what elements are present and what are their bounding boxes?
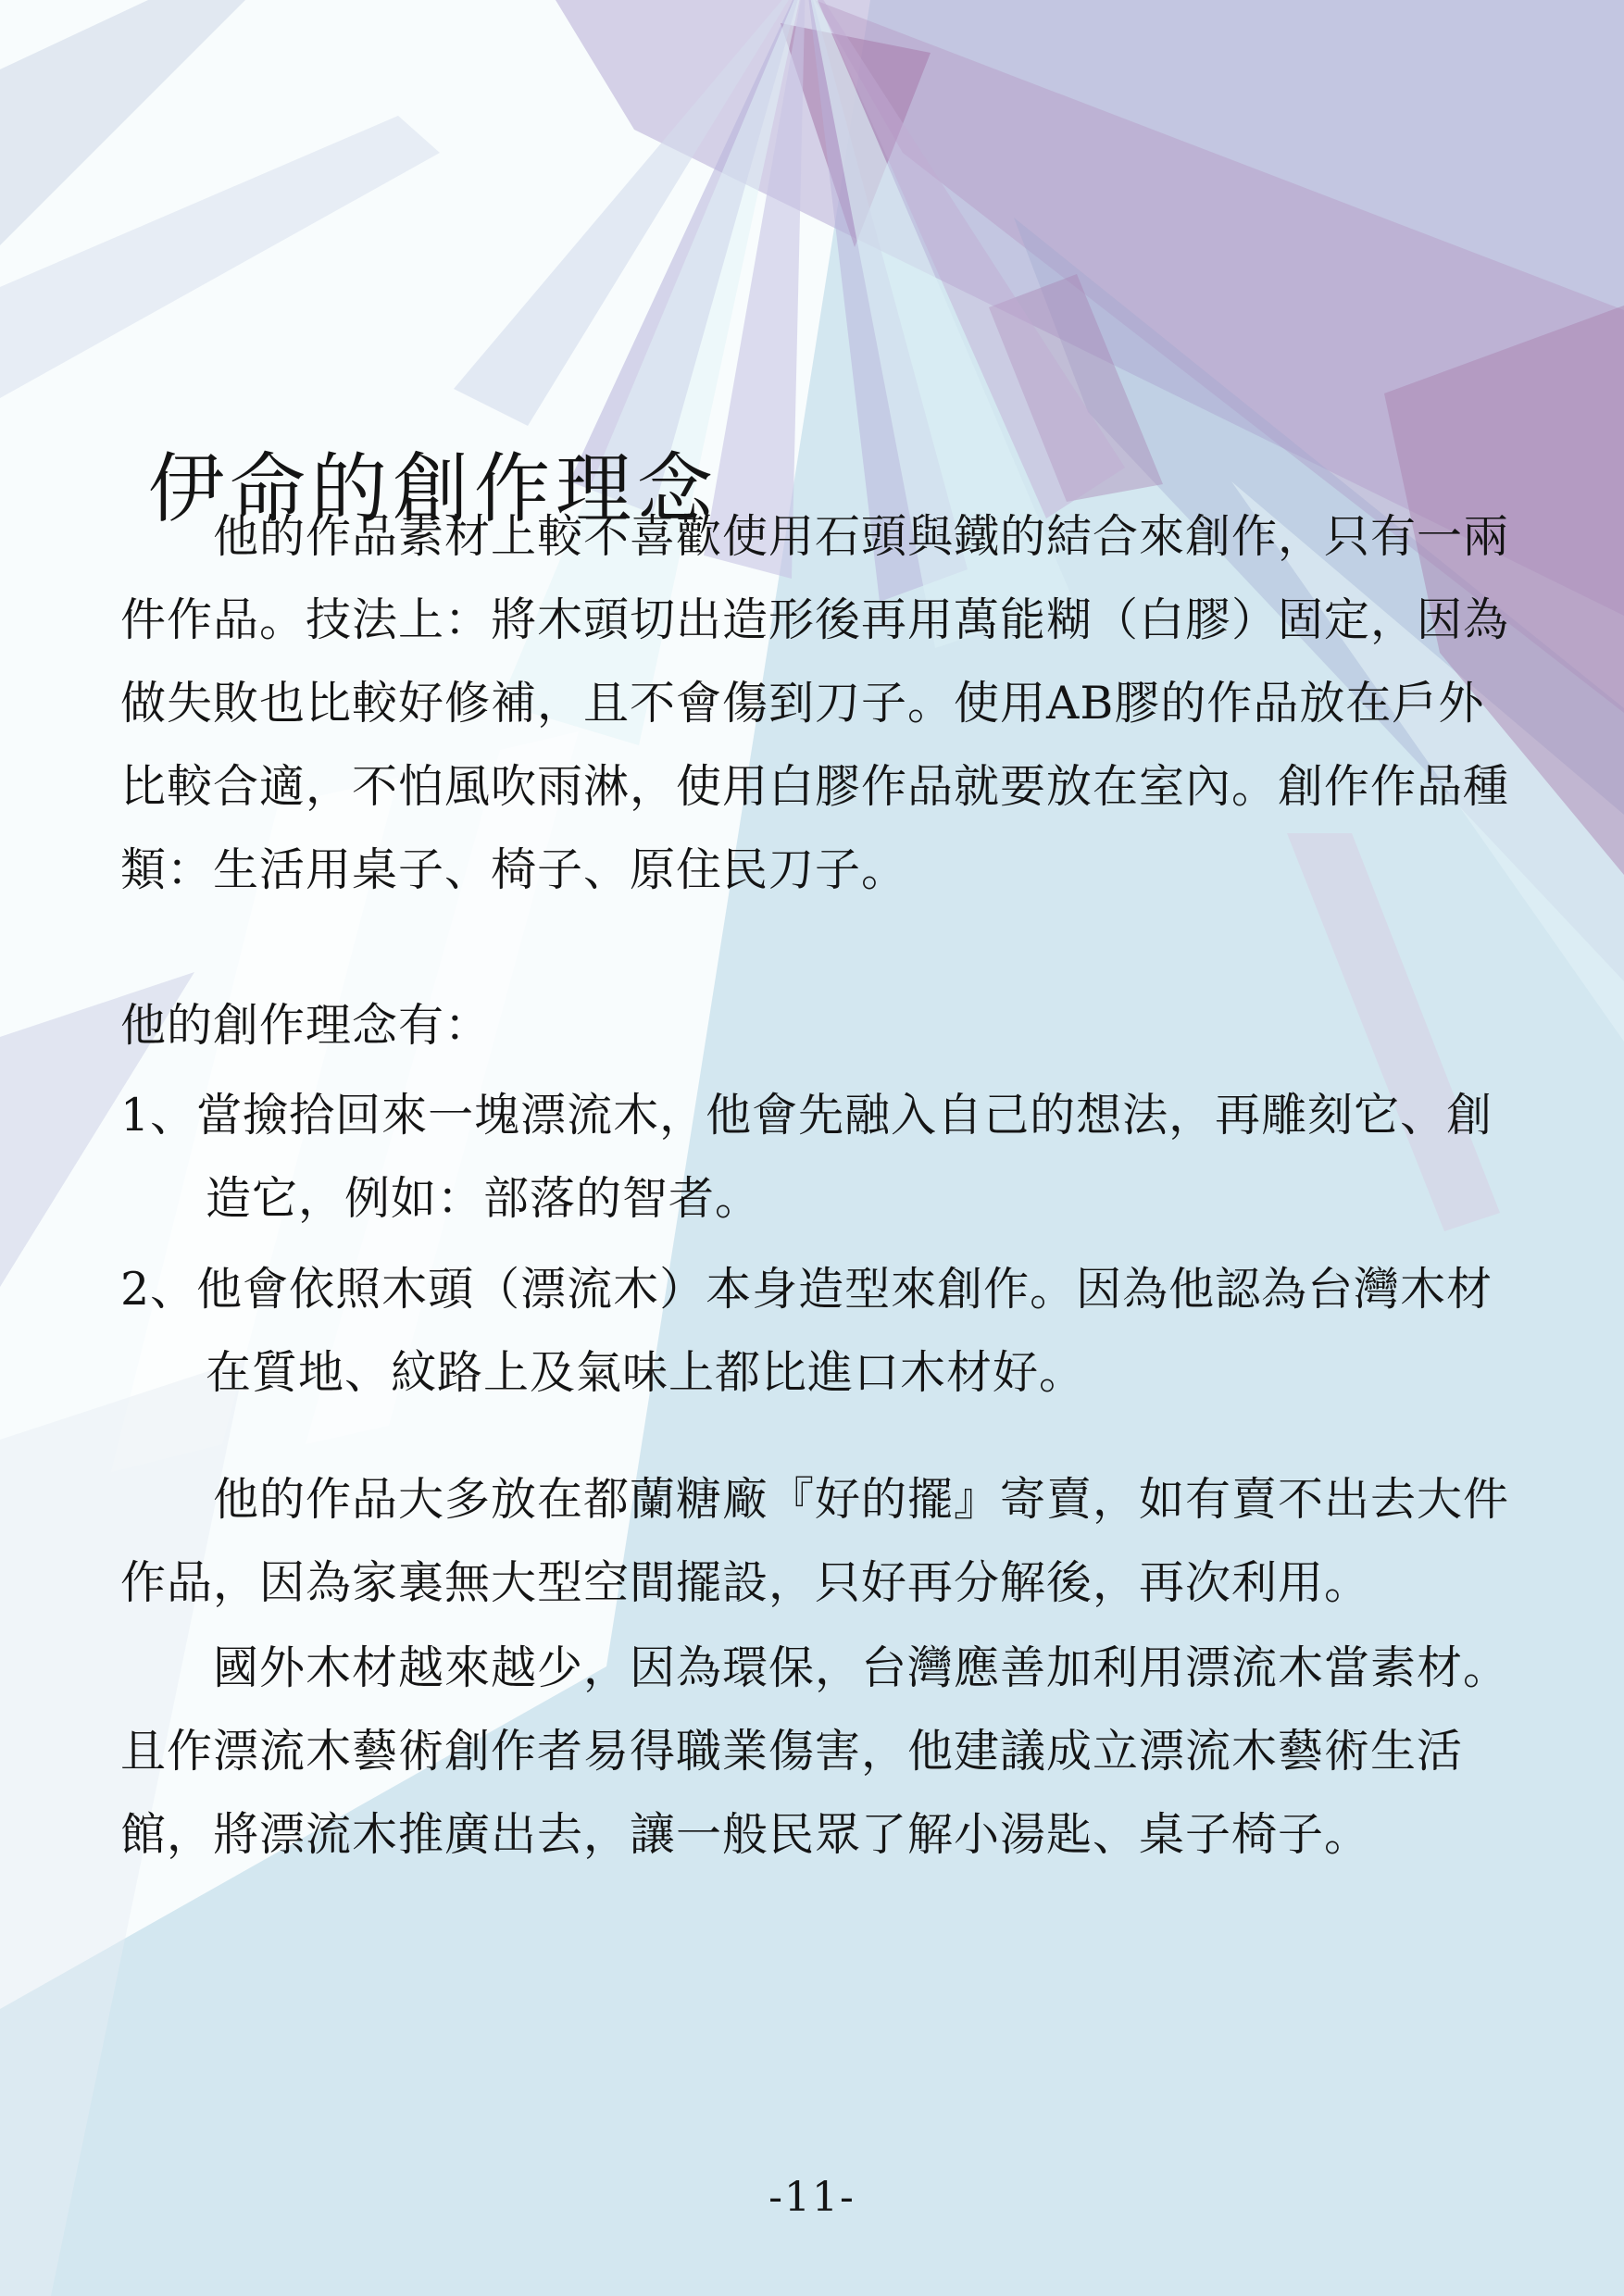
text-line: 類：生活用桌子、椅子、原住民刀子。 [120,829,1541,912]
text-line: 件作品。技法上：將木頭切出造形後再用萬能糊（白膠）固定，因為 [120,579,1541,662]
text-line: 他的創作理念有： [120,984,1541,1067]
text-line: 1、當撿拾回來一塊漂流木，他會先融入自己的想法，再雕刻它、創 [120,1074,1541,1157]
document-page: 伊命的創作理念 他的作品素材上較不喜歡使用石頭與鐵的結合來創作，只有一兩 件作品… [0,0,1624,2296]
concept-item-1: 1、當撿拾回來一塊漂流木，他會先融入自己的想法，再雕刻它、創 造它，例如：部落的… [120,1074,1541,1241]
text-line: 比較合適，不怕風吹雨淋，使用白膠作品就要放在室內。創作作品種 [120,745,1541,829]
page-number: -11- [0,2174,1624,2221]
text-line: 2、他會依照木頭（漂流木）本身造型來創作。因為他認為台灣木材 [120,1248,1541,1331]
concept-item-2: 2、他會依照木頭（漂流木）本身造型來創作。因為他認為台灣木材 在質地、紋路上及氣… [120,1248,1541,1415]
concepts-heading: 他的創作理念有： [120,984,1541,1067]
advocacy-paragraph: 國外木材越來越少，因為環保，台灣應善加利用漂流木當素材。 且作漂流木藝術創作者易… [120,1627,1541,1877]
text-line: 作品，因為家裏無大型空間擺設，只好再分解後，再次利用。 [120,1541,1541,1625]
text-line: 國外木材越來越少，因為環保，台灣應善加利用漂流木當素材。 [120,1627,1541,1710]
text-line: 館，將漂流木推廣出去，讓一般民眾了解小湯匙、桌子椅子。 [120,1793,1541,1877]
text-line: 造它，例如：部落的智者。 [120,1157,1541,1241]
consignment-paragraph: 他的作品大多放在都蘭糖廠『好的擺』寄賣，如有賣不出去大件 作品，因為家裏無大型空… [120,1458,1541,1625]
text-line: 他的作品素材上較不喜歡使用石頭與鐵的結合來創作，只有一兩 [120,495,1541,579]
text-line: 做失敗也比較好修補，且不會傷到刀子。使用AB膠的作品放在戶外 [120,662,1541,745]
text-line: 在質地、紋路上及氣味上都比進口木材好。 [120,1331,1541,1415]
text-line: 且作漂流木藝術創作者易得職業傷害，他建議成立漂流木藝術生活 [120,1710,1541,1793]
text-line: 他的作品大多放在都蘭糖廠『好的擺』寄賣，如有賣不出去大件 [120,1458,1541,1541]
intro-paragraph: 他的作品素材上較不喜歡使用石頭與鐵的結合來創作，只有一兩 件作品。技法上：將木頭… [120,495,1541,912]
